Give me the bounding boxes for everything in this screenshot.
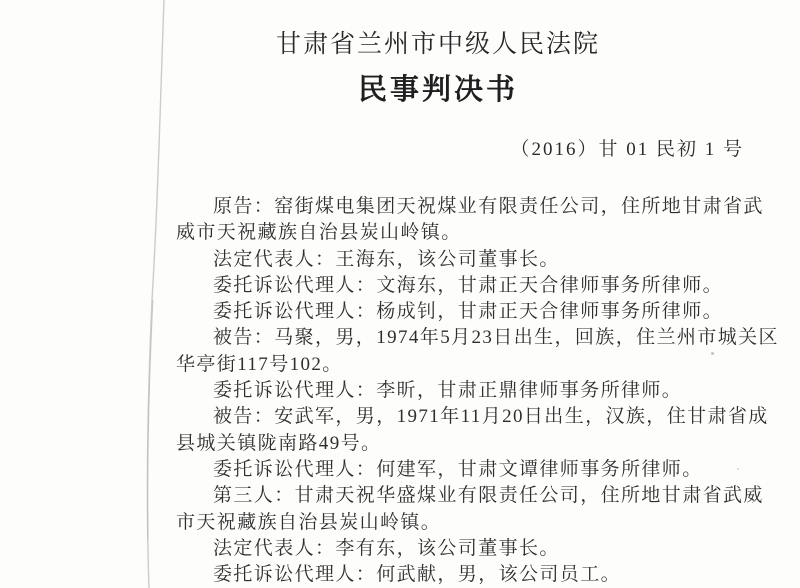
body-line: 县城关镇陇南路49号。 xyxy=(176,431,761,457)
body-line: 委托诉讼代理人：何武献，男，该公司员工。 xyxy=(176,562,761,588)
case-number: （2016）甘 01 民初 1 号 xyxy=(510,138,744,162)
scan-speck xyxy=(711,352,714,355)
body-line: 法定代表人：王海东，该公司董事长。 xyxy=(176,247,761,273)
document-body: 原告：窑街煤电集团天祝煤业有限责任公司，住所地甘肃省武威市天祝藏族自治县炭山岭镇… xyxy=(176,194,761,588)
body-line: 原告：窑街煤电集团天祝煤业有限责任公司，住所地甘肃省武 xyxy=(176,194,761,220)
body-line: 市天祝藏族自治县炭山岭镇。 xyxy=(176,510,761,536)
body-line: 被告：安武军，男，1971年11月20日出生，汉族，住甘肃省成 xyxy=(176,404,761,430)
body-line: 第三人：甘肃天祝华盛煤业有限责任公司，住所地甘肃省武威 xyxy=(176,483,761,509)
scan-speck xyxy=(737,468,739,470)
body-line: 法定代表人：李有东，该公司董事长。 xyxy=(176,536,761,562)
body-line: 威市天祝藏族自治县炭山岭镇。 xyxy=(176,220,761,246)
body-line: 委托诉讼代理人：李昕，甘肃正鼎律师事务所律师。 xyxy=(176,378,761,404)
body-line: 委托诉讼代理人：杨成钊，甘肃正天合律师事务所律师。 xyxy=(176,299,761,325)
document-title: 民事判决书 xyxy=(138,72,738,108)
body-line: 被告：马聚，男，1974年5月23日出生，回族，住兰州市城关区 xyxy=(176,325,761,351)
body-line: 委托诉讼代理人：文海东，甘肃正天合律师事务所律师。 xyxy=(176,273,761,299)
body-line: 委托诉讼代理人：何建军，甘肃文谭律师事务所律师。 xyxy=(176,457,761,483)
scanned-page: 甘肃省兰州市中级人民法院 民事判决书 （2016）甘 01 民初 1 号 原告：… xyxy=(0,0,800,588)
court-name-heading: 甘肃省兰州市中级人民法院 xyxy=(138,30,738,60)
body-line: 华亭街117号102。 xyxy=(176,352,761,378)
